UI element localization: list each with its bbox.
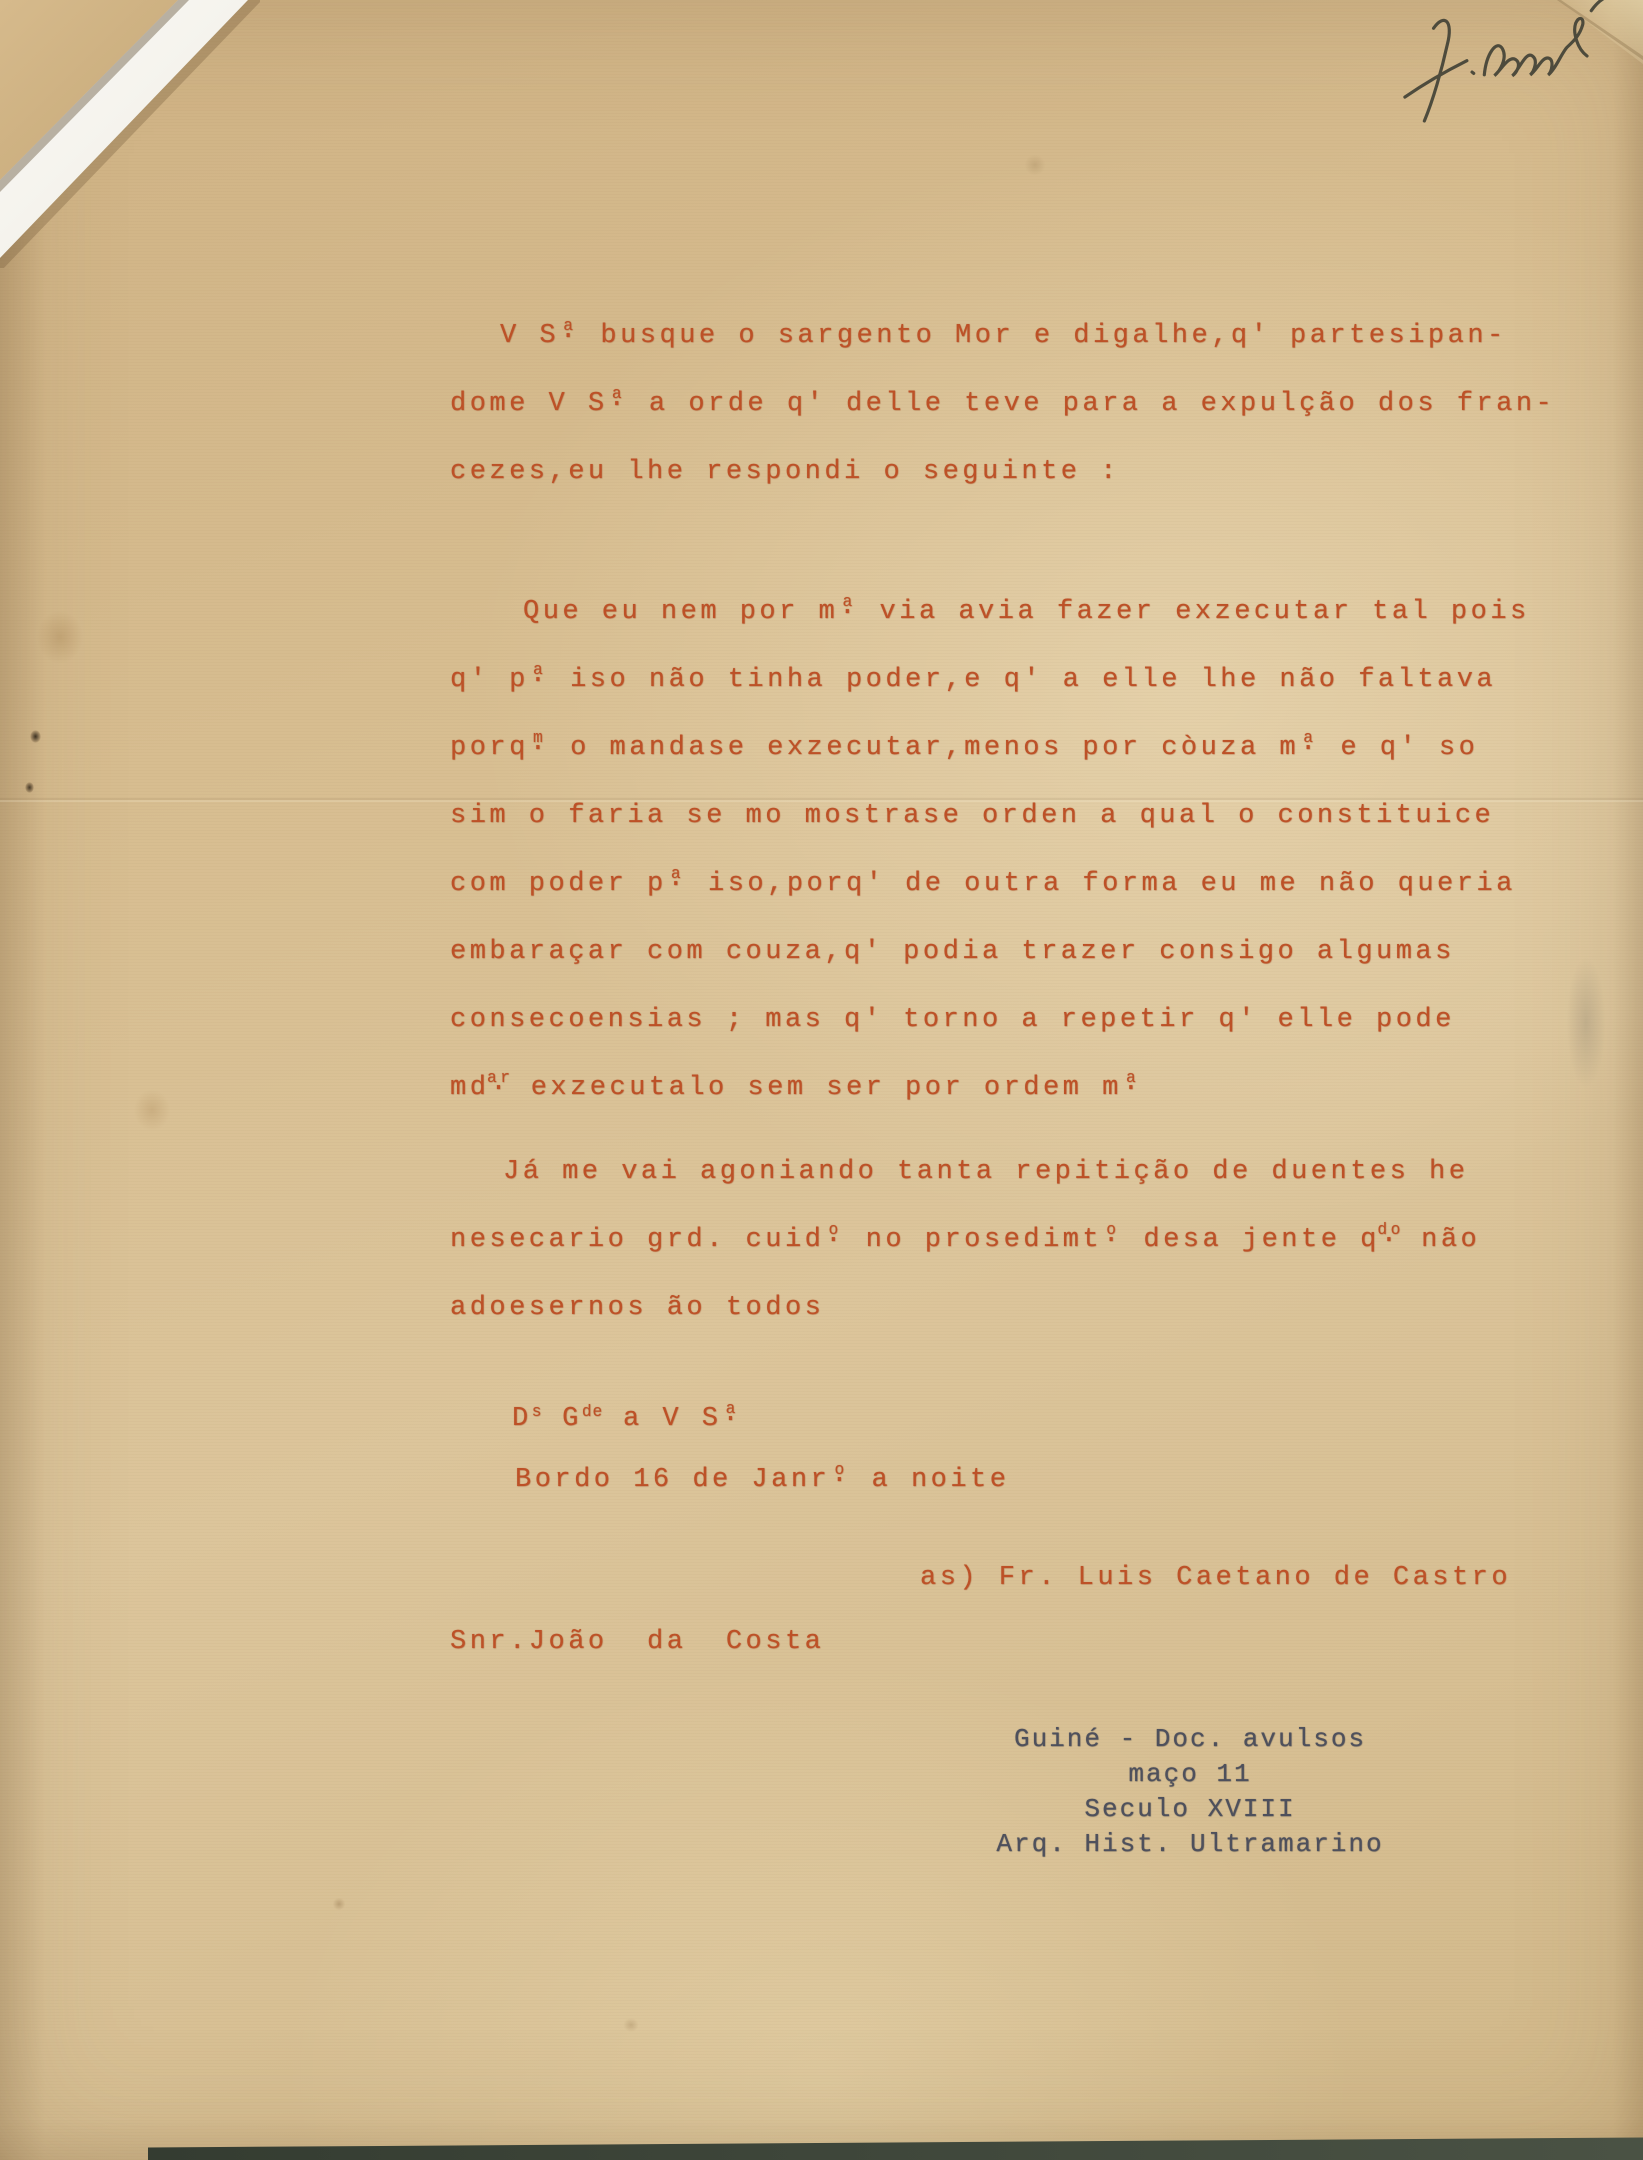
superscript-abbreviation: a. (608, 383, 630, 410)
signature-line: as) Fr. Luis Caetano de Castro (920, 1544, 1511, 1612)
superscript-abbreviation: m. (529, 727, 551, 754)
text-line: dome V Sa. a orde q' delle teve para a e… (450, 370, 1555, 438)
superscript-abbreviation: a. (838, 591, 860, 618)
scanned-letter-page: V Sa. busque o sargento Mor e digalhe,q'… (0, 0, 1643, 2160)
dateline: Bordo 16 de Janro. a noite (515, 1446, 1009, 1514)
paragraph-1: V Sa. busque o sargento Mor e digalhe,q'… (450, 302, 1555, 506)
superscript-abbreviation: a. (667, 863, 689, 890)
paper-hole (25, 782, 34, 793)
text-line: sim o faria se mo mostrase orden a qual … (450, 782, 1530, 850)
paper-speck (620, 2015, 642, 2035)
text-line: Que eu nem por ma. via avia fazer exzecu… (450, 578, 1530, 646)
text-line: mdar. exzecutalo sem ser por ordem ma. (450, 1054, 1530, 1122)
superscript-abbreviation: a. (721, 1398, 743, 1425)
text-line: nesecario grd. cuido. no prosedimto. des… (450, 1206, 1480, 1274)
superscript-abbreviation: a. (1299, 727, 1321, 754)
text-line: V Sa. busque o sargento Mor e digalhe,q'… (450, 302, 1555, 370)
text-line: Já me vai agoniando tanta repitição de d… (450, 1138, 1480, 1206)
paragraph-2: Que eu nem por ma. via avia fazer exzecu… (450, 578, 1530, 1122)
paper-hole (30, 730, 41, 743)
superscript-abbreviation: a. (529, 659, 551, 686)
archive-stamp: Guiné - Doc. avulsosmaço 11Seculo XVIIIA… (880, 1722, 1500, 1862)
text-line: consecoensias ; mas q' torno a repetir q… (450, 986, 1530, 1054)
paper-stain (28, 600, 92, 674)
paper-stain (126, 1080, 178, 1140)
addressee-line: Snr.João da Costa (450, 1608, 824, 1676)
superscript-abbreviation: a. (559, 315, 581, 342)
text-line: cezes,eu lhe respondi o seguinte : (450, 438, 1555, 506)
paragraph-3: Já me vai agoniando tanta repitição de d… (450, 1138, 1480, 1342)
paper-speck (330, 1895, 348, 1913)
bottom-edge-band (148, 2136, 1643, 2160)
text-line: porqm. o mandase exzecutar,menos por còu… (450, 714, 1530, 782)
superscript: de (582, 1403, 603, 1421)
superscript-abbreviation: o. (830, 1459, 852, 1486)
text-line: com poder pa. iso,porq' de outra forma e… (450, 850, 1530, 918)
text-line: Arq. Hist. Ultramarino (880, 1827, 1500, 1862)
superscript-abbreviation: o. (1102, 1219, 1124, 1246)
superscript: s (532, 1403, 543, 1421)
text-line: Guiné - Doc. avulsos (880, 1722, 1500, 1757)
paper-stain (1020, 150, 1050, 180)
gray-smudge (1560, 935, 1612, 1110)
superscript-abbreviation: do. (1380, 1219, 1402, 1246)
text-line: maço 11 (880, 1757, 1500, 1792)
text-line: q' pa. iso não tinha poder,e q' a elle l… (450, 646, 1530, 714)
superscript-abbreviation: ar. (489, 1067, 511, 1094)
text-line: Seculo XVIII (880, 1792, 1500, 1827)
superscript-abbreviation: o. (824, 1219, 846, 1246)
text-line: embaraçar com couza,q' podia trazer cons… (450, 918, 1530, 986)
superscript-abbreviation: a. (1122, 1067, 1144, 1094)
valediction-line: Ds Gde a V Sa. (512, 1378, 743, 1453)
text-line: adoesernos ão todos (450, 1274, 1480, 1342)
handwritten-annotation (1386, 0, 1635, 134)
